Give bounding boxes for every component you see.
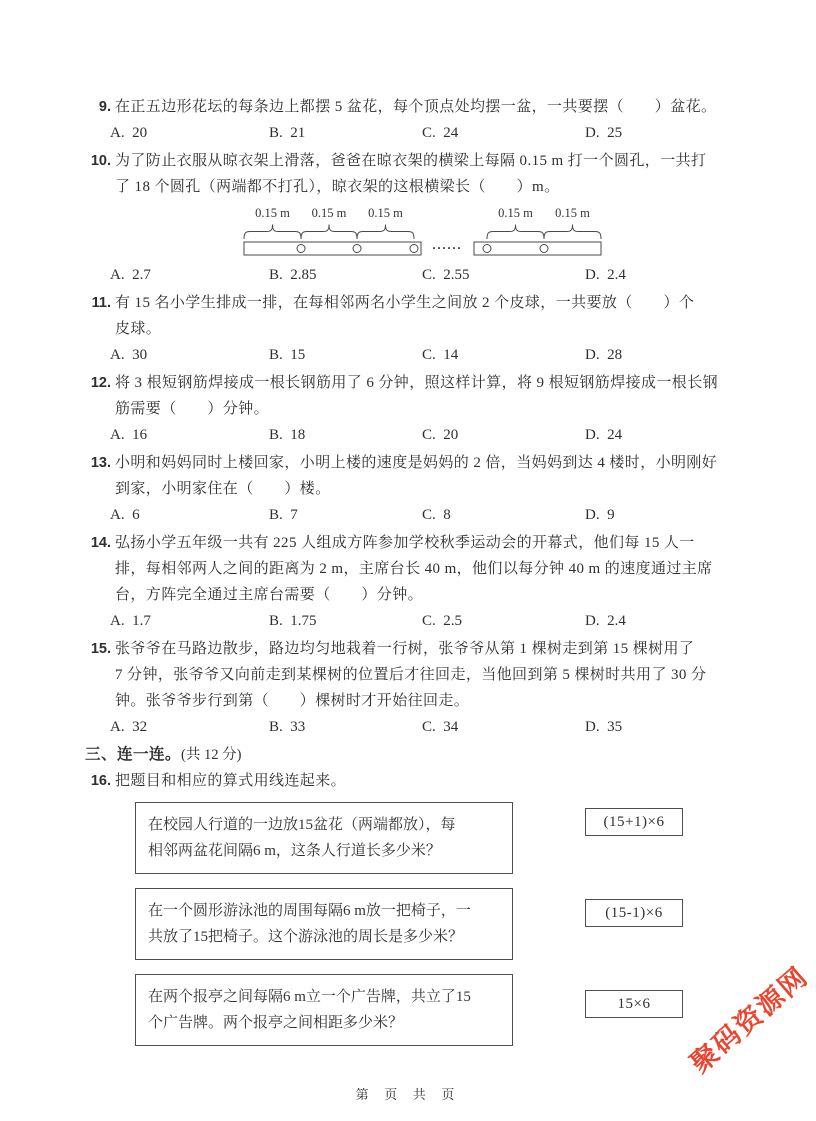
question-9-options: A. 20 B. 21 C. 24 D. 25: [85, 120, 753, 146]
hole-circle: [483, 245, 491, 253]
matching-row-2: 在一个圆形游泳池的周围每隔6 m放一把椅子，一 共放了15把椅子。这个游泳池的周…: [85, 888, 753, 960]
question-15-line-3: 钟。张爷爷步行到第（ ）棵树时才开始往回走。: [85, 688, 753, 714]
problem-box-3[interactable]: 在两个报亭之间每隔6 m立一个广告牌，共立了15 个广告牌。两个报亭之间相距多少…: [135, 974, 513, 1046]
option-d: D. 28: [585, 342, 753, 368]
question-13-line-1: 13.小明和妈妈同时上楼回家，小明上楼的速度是妈妈的 2 倍，当妈妈到达 4 楼…: [85, 450, 753, 476]
question-14-options: A. 1.7 B. 1.75 C. 2.5 D. 2.4: [85, 608, 753, 634]
question-15: 15.张爷爷在马路边散步，路边均匀地栽着一行树，张爷爷从第 1 棵树走到第 15…: [85, 636, 753, 740]
question-14-line-2: 排，每相邻两人之间的距离为 2 m，主席台长 40 m，他们以每分钟 40 m …: [85, 556, 753, 582]
question-14-text: 弘扬小学五年级一共有 225 人组成方阵参加学校秋季运动会的开幕式，他们每 15…: [115, 535, 695, 551]
clothes-rack-diagram: 0.15 m 0.15 m 0.15 m 0.15 m 0.15 m ·····…: [243, 204, 753, 260]
question-12: 12.将 3 根短钢筋焊接成一根长钢筋用了 6 分钟，照这样计算，将 9 根短钢…: [85, 370, 753, 448]
hole-circle: [410, 245, 418, 253]
question-11-line-1: 11.有 15 名小学生排成一排，在每相邻两名小学生之间放 2 个皮球，一共要放…: [85, 290, 753, 316]
expression-2: (15-1)×6: [605, 905, 662, 922]
interval-label: 0.15 m: [368, 206, 403, 220]
option-b: B. 1.75: [269, 608, 422, 634]
question-16-number: 16.: [85, 768, 111, 794]
expression-1: (15+1)×6: [604, 814, 665, 831]
problem-box-2[interactable]: 在一个圆形游泳池的周围每隔6 m放一把椅子，一 共放了15把椅子。这个游泳池的周…: [135, 888, 513, 960]
option-c: C. 20: [422, 422, 585, 448]
question-12-options: A. 16 B. 18 C. 20 D. 24: [85, 422, 753, 448]
problem-1-line-1: 在校园人行道的一边放15盆花（两端都放），每: [148, 812, 500, 838]
question-14-line-3: 台，方阵完全通过主席台需要（ ）分钟。: [85, 582, 753, 608]
hole-circle: [540, 245, 548, 253]
option-d: D. 2.4: [585, 608, 753, 634]
option-d: D. 2.4: [585, 262, 753, 288]
option-c: C. 34: [422, 714, 585, 740]
page-footer: 第 页 共 页: [0, 1084, 816, 1103]
option-c: C. 24: [422, 120, 585, 146]
question-12-line-2: 筋需要（ ）分钟。: [85, 396, 753, 422]
option-a: A. 1.7: [110, 608, 269, 634]
page-content: 9.在正五边形花坛的每条边上都摆 5 盆花，每个顶点处均摆一盆，一共要摆（ ）盆…: [85, 94, 753, 1046]
question-9-number: 9.: [85, 94, 111, 120]
interval-label: 0.15 m: [498, 206, 533, 220]
section-score: (共 12 分): [181, 747, 241, 763]
expression-box-3[interactable]: 15×6: [585, 990, 683, 1018]
option-c: C. 2.5: [422, 608, 585, 634]
expression-box-1[interactable]: (15+1)×6: [585, 808, 683, 836]
question-14-number: 14.: [85, 530, 111, 556]
measurement-diagram: 0.15 m 0.15 m 0.15 m 0.15 m 0.15 m ·····…: [243, 204, 603, 260]
question-14-line-1: 14.弘扬小学五年级一共有 225 人组成方阵参加学校秋季运动会的开幕式，他们每…: [85, 530, 753, 556]
question-15-number: 15.: [85, 636, 111, 662]
question-11-number: 11.: [85, 290, 111, 316]
option-a: A. 20: [110, 120, 269, 146]
question-12-text: 将 3 根短钢筋焊接成一根长钢筋用了 6 分钟，照这样计算，将 9 根短钢筋焊接…: [115, 375, 718, 391]
rack-bar-left: [244, 242, 421, 255]
test-paper-page: { "colors": { "text": "#2f2f2f", "waterm…: [0, 0, 816, 1121]
option-a: A. 2.7: [110, 262, 269, 288]
option-b: B. 18: [269, 422, 422, 448]
option-d: D. 24: [585, 422, 753, 448]
question-12-number: 12.: [85, 370, 111, 396]
question-15-text: 张爷爷在马路边散步，路边均匀地栽着一行树，张爷爷从第 1 棵树走到第 15 棵树…: [115, 641, 694, 657]
problem-2-line-2: 共放了15把椅子。这个游泳池的周长是多少米？: [148, 924, 500, 950]
problem-2-line-1: 在一个圆形游泳池的周围每隔6 m放一把椅子，一: [148, 898, 500, 924]
option-b: B. 2.85: [269, 262, 422, 288]
question-10-line-2: 了 18 个圆孔（两端都不打孔），晾衣架的这根横梁长（ ）m。: [85, 174, 753, 200]
option-a: A. 6: [110, 502, 269, 528]
ellipsis-dots: ······: [432, 241, 462, 255]
question-10-text: 为了防止衣服从晾衣架上滑落，爸爸在晾衣架的横梁上每隔 0.15 m 打一个圆孔，…: [115, 153, 706, 169]
question-9-text: 在正五边形花坛的每条边上都摆 5 盆花，每个顶点处均摆一盆，一共要摆（ ）盆花。: [115, 99, 716, 115]
question-15-options: A. 32 B. 33 C. 34 D. 35: [85, 714, 753, 740]
matching-row-1: 在校园人行道的一边放15盆花（两端都放），每 相邻两盆花间隔6 m，这条人行道长…: [85, 802, 753, 874]
section-title: 三、连一连。: [85, 746, 181, 763]
option-d: D. 25: [585, 120, 753, 146]
question-13-number: 13.: [85, 450, 111, 476]
option-b: B. 21: [269, 120, 422, 146]
option-a: A. 16: [110, 422, 269, 448]
question-11-line-2: 皮球。: [85, 316, 753, 342]
interval-brace: [487, 225, 544, 240]
option-a: A. 32: [110, 714, 269, 740]
interval-brace: [301, 225, 357, 240]
option-b: B. 7: [269, 502, 422, 528]
question-11-text: 有 15 名小学生排成一排，在每相邻两名小学生之间放 2 个皮球，一共要放（ ）…: [115, 295, 694, 311]
question-10-options: A. 2.7 B. 2.85 C. 2.55 D. 2.4: [85, 262, 753, 288]
interval-brace: [244, 225, 301, 240]
rack-bar-right: [474, 242, 601, 255]
question-10-number: 10.: [85, 148, 111, 174]
option-a: A. 30: [110, 342, 269, 368]
question-11: 11.有 15 名小学生排成一排，在每相邻两名小学生之间放 2 个皮球，一共要放…: [85, 290, 753, 368]
question-13: 13.小明和妈妈同时上楼回家，小明上楼的速度是妈妈的 2 倍，当妈妈到达 4 楼…: [85, 450, 753, 528]
interval-brace: [544, 225, 601, 240]
hole-circle: [353, 245, 361, 253]
matching-row-3: 在两个报亭之间每隔6 m立一个广告牌，共立了15 个广告牌。两个报亭之间相距多少…: [85, 974, 753, 1046]
option-b: B. 33: [269, 714, 422, 740]
option-d: D. 9: [585, 502, 753, 528]
option-c: C. 2.55: [422, 262, 585, 288]
question-13-line-2: 到家，小明家住在（ ）楼。: [85, 476, 753, 502]
question-15-line-2: 7 分钟，张爷爷又向前走到某棵树的位置后才往回走，当他回到第 5 棵树时共用了 …: [85, 662, 753, 688]
option-c: C. 14: [422, 342, 585, 368]
interval-label: 0.15 m: [312, 206, 347, 220]
interval-brace: [357, 225, 414, 240]
question-10: 10.为了防止衣服从晾衣架上滑落，爸爸在晾衣架的横梁上每隔 0.15 m 打一个…: [85, 148, 753, 288]
question-9-line-1: 9.在正五边形花坛的每条边上都摆 5 盆花，每个顶点处均摆一盆，一共要摆（ ）盆…: [85, 94, 753, 120]
question-13-text: 小明和妈妈同时上楼回家，小明上楼的速度是妈妈的 2 倍，当妈妈到达 4 楼时，小…: [115, 455, 717, 471]
expression-3: 15×6: [618, 996, 651, 1013]
question-10-line-1: 10.为了防止衣服从晾衣架上滑落，爸爸在晾衣架的横梁上每隔 0.15 m 打一个…: [85, 148, 753, 174]
interval-label: 0.15 m: [255, 206, 290, 220]
question-9: 9.在正五边形花坛的每条边上都摆 5 盆花，每个顶点处均摆一盆，一共要摆（ ）盆…: [85, 94, 753, 146]
question-16: 16.把题目和相应的算式用线连起来。: [85, 768, 753, 794]
problem-3-line-1: 在两个报亭之间每隔6 m立一个广告牌，共立了15: [148, 984, 500, 1010]
question-12-line-1: 12.将 3 根短钢筋焊接成一根长钢筋用了 6 分钟，照这样计算，将 9 根短钢…: [85, 370, 753, 396]
question-16-text: 把题目和相应的算式用线连起来。: [115, 773, 346, 789]
problem-box-1[interactable]: 在校园人行道的一边放15盆花（两端都放），每 相邻两盆花间隔6 m，这条人行道长…: [135, 802, 513, 874]
problem-1-line-2: 相邻两盆花间隔6 m，这条人行道长多少米？: [148, 838, 500, 864]
option-b: B. 15: [269, 342, 422, 368]
question-13-options: A. 6 B. 7 C. 8 D. 9: [85, 502, 753, 528]
option-c: C. 8: [422, 502, 585, 528]
hole-circle: [297, 245, 305, 253]
question-15-line-1: 15.张爷爷在马路边散步，路边均匀地栽着一行树，张爷爷从第 1 棵树走到第 15…: [85, 636, 753, 662]
question-14: 14.弘扬小学五年级一共有 225 人组成方阵参加学校秋季运动会的开幕式，他们每…: [85, 530, 753, 634]
expression-box-2[interactable]: (15-1)×6: [585, 899, 683, 927]
option-d: D. 35: [585, 714, 753, 740]
problem-3-line-2: 个广告牌。两个报亭之间相距多少米？: [148, 1010, 500, 1036]
section-header: 三、连一连。(共 12 分): [85, 742, 753, 768]
question-11-options: A. 30 B. 15 C. 14 D. 28: [85, 342, 753, 368]
matching-exercise: 在校园人行道的一边放15盆花（两端都放），每 相邻两盆花间隔6 m，这条人行道长…: [85, 802, 753, 1046]
interval-label: 0.15 m: [555, 206, 590, 220]
